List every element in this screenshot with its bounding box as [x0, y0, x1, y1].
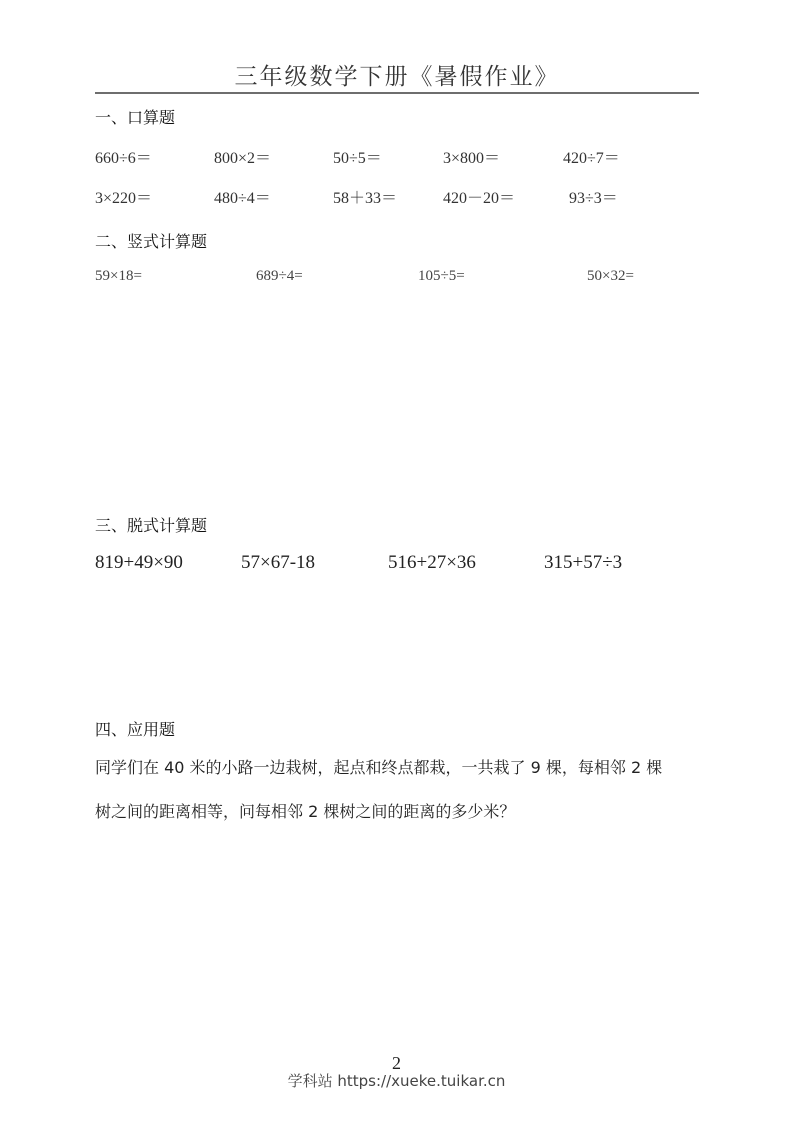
problem: 660÷6＝	[95, 145, 152, 168]
problem: 516+27×36	[388, 552, 476, 574]
problem: 689÷4=	[256, 268, 303, 285]
section-heading-mental-arithmetic: 一、口算题	[95, 105, 175, 128]
word-problem-line: 同学们在 40 米的小路一边栽树，起点和终点都栽，一共栽了 9 棵，每相邻 2 …	[95, 746, 705, 790]
problem: 93÷3＝	[569, 185, 618, 208]
mental-arithmetic-row: 3×220＝ 480÷4＝ 58＋33＝ 420－20＝ 93÷3＝	[0, 185, 793, 209]
problem: 800×2＝	[214, 145, 271, 168]
problem: 58＋33＝	[333, 185, 397, 208]
word-problem-text: 同学们在 40 米的小路一边栽树，起点和终点都栽，一共栽了 9 棵，每相邻 2 …	[95, 746, 705, 834]
vertical-calculation-row: 59×18= 689÷4= 105÷5= 50×32=	[0, 268, 793, 292]
word-problem-line: 树之间的距离相等，问每相邻 2 棵树之间的距离的多少米？	[95, 790, 705, 834]
section-heading-vertical-calculation: 二、竖式计算题	[95, 229, 207, 252]
problem: 3×800＝	[443, 145, 500, 168]
problem: 105÷5=	[418, 268, 465, 285]
problem: 420÷7＝	[563, 145, 620, 168]
step-calculation-row: 819+49×90 57×67-18 516+27×36 315+57÷3	[0, 552, 793, 576]
section-heading-step-calculation: 三、脱式计算题	[95, 513, 207, 536]
problem: 59×18=	[95, 268, 142, 285]
problem: 3×220＝	[95, 185, 152, 208]
problem: 315+57÷3	[544, 552, 622, 574]
title-rule	[95, 92, 699, 94]
problem: 50÷5＝	[333, 145, 382, 168]
problem: 420－20＝	[443, 185, 515, 208]
problem: 57×67-18	[241, 552, 315, 574]
mental-arithmetic-row: 660÷6＝ 800×2＝ 50÷5＝ 3×800＝ 420÷7＝	[0, 145, 793, 169]
source-watermark: 学科站 https://xueke.tuikar.cn	[0, 1070, 793, 1091]
problem: 480÷4＝	[214, 185, 271, 208]
section-heading-word-problem: 四、应用题	[95, 717, 175, 740]
problem: 50×32=	[587, 268, 634, 285]
document-title: 三年级数学下册《暑假作业》	[95, 58, 699, 91]
problem: 819+49×90	[95, 552, 183, 574]
